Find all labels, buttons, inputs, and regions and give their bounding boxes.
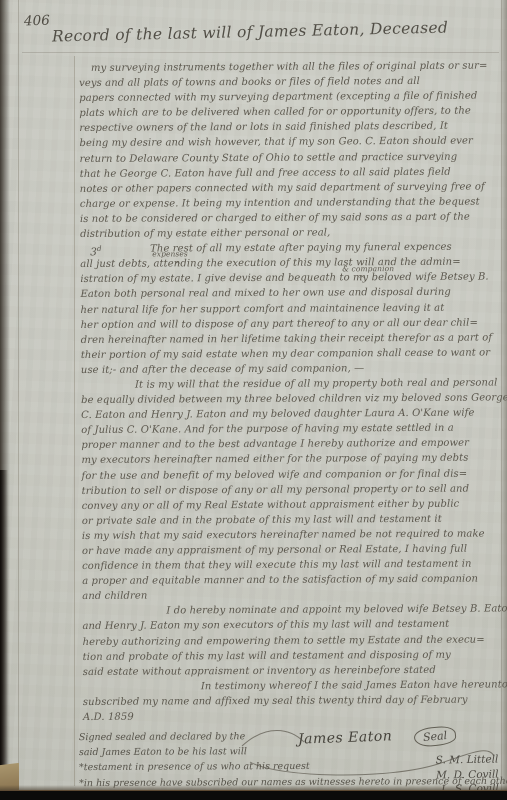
insertion-caret: ^ <box>358 271 365 286</box>
body-line: is not to be considered or charged to ei… <box>80 209 500 227</box>
body-line: my surveying instruments together with a… <box>79 58 499 76</box>
margin-rule-line <box>74 56 75 786</box>
seal-stamp: Seal <box>414 727 456 746</box>
page-number: 406 <box>24 13 50 30</box>
interline-insertion-expenses: expenses <box>152 246 188 261</box>
body-line: tion and probate of this my last will an… <box>83 647 503 665</box>
witness-signature: S. M. Littell <box>436 752 499 768</box>
paragraph-executors-appointment: I do hereby nominate and appoint my belo… <box>82 602 502 680</box>
body-line: subscribed my name and affixed my seal t… <box>83 692 503 710</box>
page-title: Record of the last will of James Eaton, … <box>52 19 448 46</box>
paragraph-residue-division: It is my will that the residue of all my… <box>81 375 502 604</box>
body-line: A.D. 1859 <box>83 707 503 725</box>
binding-edge-lower <box>0 470 8 790</box>
paragraph-item-third: 3d expenses ^ & companion ^ The rest of … <box>80 240 501 378</box>
underpage-edge-line <box>18 0 19 788</box>
record-book-page: 406 Record of the last will of James Eat… <box>0 0 507 800</box>
insertion-caret: ^ <box>174 258 181 273</box>
body-line: their portion of my said estate when my … <box>81 345 501 363</box>
paragraph-surveying-bequest: my surveying instruments together with a… <box>79 58 500 242</box>
will-body-text: my surveying instruments together with a… <box>79 58 503 725</box>
paragraph-testimony-clause: In testimony whereof I the said James Ea… <box>83 677 503 725</box>
header-rule-line <box>22 52 499 53</box>
body-line: a proper and equitable manner and to the… <box>82 572 502 590</box>
witness-signature: M. D. Covill <box>436 767 499 783</box>
interline-insertion-companion: & companion <box>342 261 394 276</box>
item-number-marker: 3d <box>90 242 101 261</box>
bottom-scan-strip <box>0 790 507 800</box>
testator-signature: James Eaton <box>298 728 393 747</box>
